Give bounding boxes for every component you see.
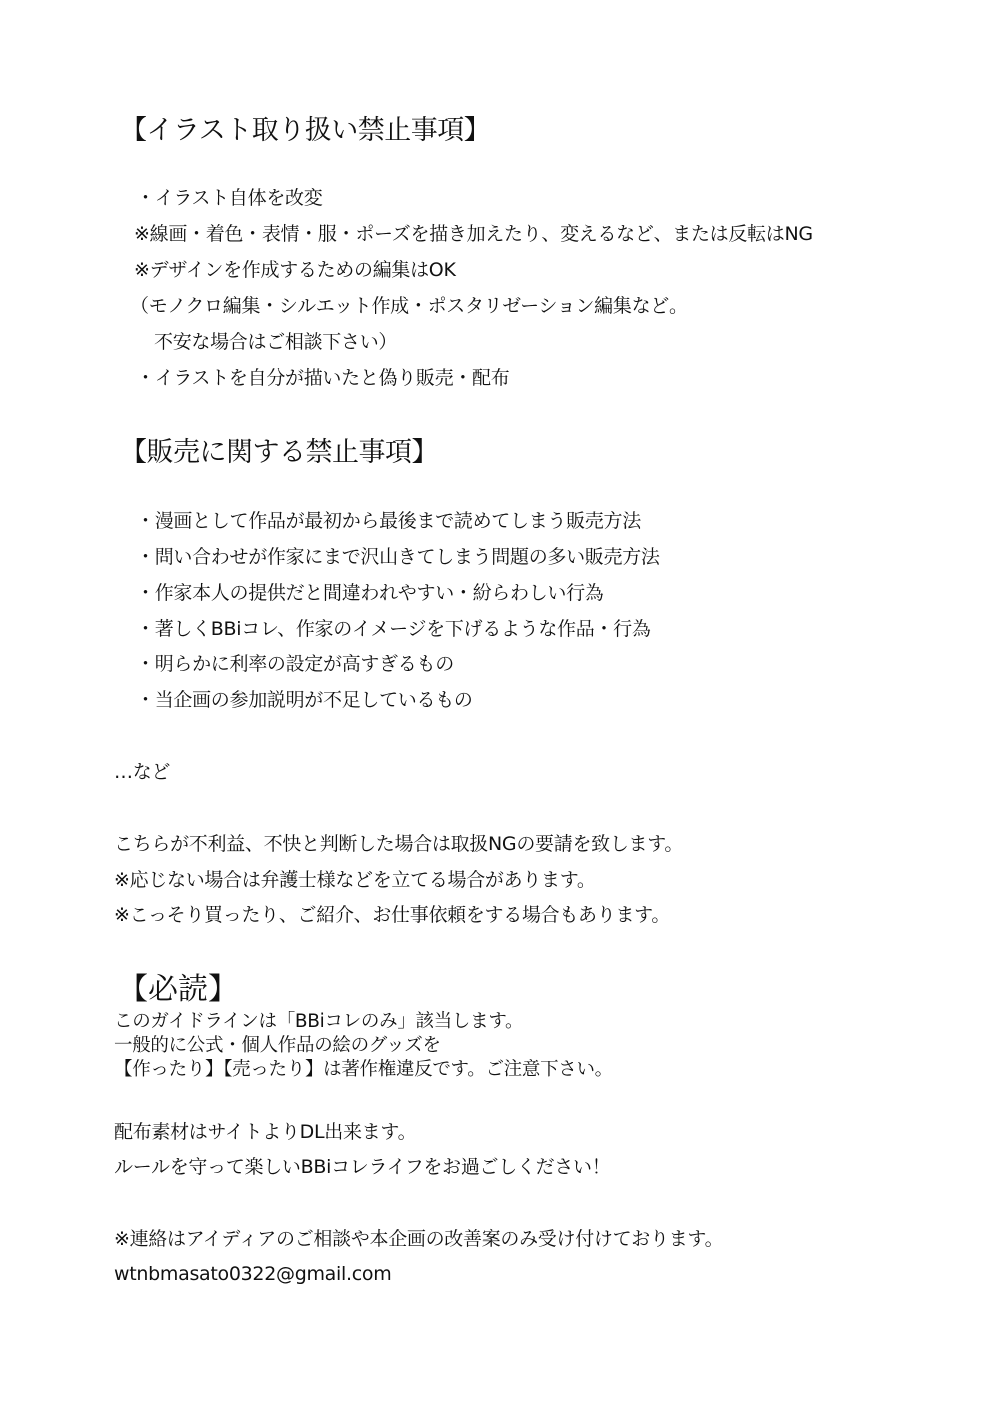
list-item: ・漫画として作品が最初から最後まで読めてしまう販売方法 xyxy=(136,509,641,533)
contact-email: wtnbmasato0322@gmail.com xyxy=(114,1262,391,1286)
notice-line: ※こっそり買ったり、ご紹介、お仕事依頼をする場合もあります。 xyxy=(114,903,670,927)
list-item: ・問い合わせが作家にまで沢山きてしまう問題の多い販売方法 xyxy=(136,545,660,569)
notice-line: こちらが不利益、不快と判断した場合は取扱NGの要請を致します。 xyxy=(114,832,683,856)
contact-note: ※連絡はアイディアのご相談や本企画の改善案のみ受け付けております。 xyxy=(114,1227,723,1251)
notice-line: ※応じない場合は弁護士様などを立てる場合があります。 xyxy=(114,868,596,892)
rule-line: ・イラスト自体を改変 xyxy=(136,186,322,210)
closing-line: ルールを守って楽しいBBiコレライフをお過ごしください！ xyxy=(114,1155,610,1179)
rule-line: ・イラストを自分が描いたと偽り販売・配布 xyxy=(136,366,509,390)
section-heading-illustration-prohibitions: 【イラスト取り扱い禁止事項】 xyxy=(120,114,490,148)
closing-line: 配布素材はサイトよりDL出来ます。 xyxy=(114,1120,416,1144)
rule-line: ※線画・着色・表情・服・ポーズを描き加えたり、変えるなど、または反転はNG xyxy=(134,222,813,246)
section-heading-sales-prohibitions: 【販売に関する禁止事項】 xyxy=(120,436,438,470)
list-item: ・当企画の参加説明が不足しているもの xyxy=(136,688,473,712)
required-line: 一般的に公式・個人作品の絵のグッズを xyxy=(114,1035,441,1057)
rule-line: 不安な場合はご相談下さい） xyxy=(154,330,397,354)
etc-text: …など xyxy=(114,760,170,784)
rule-line: ※デザインを作成するための編集はOK xyxy=(134,258,456,282)
list-item: ・著しくBBiコレ、作家のイメージを下げるような作品・行為 xyxy=(136,617,651,641)
rule-line: （モノクロ編集・シルエット作成・ポスタリゼーション編集など。 xyxy=(130,294,688,318)
required-line: このガイドラインは「BBiコレのみ」該当します。 xyxy=(114,1011,523,1033)
required-line: 【作ったり】【売ったり】は著作権違反です。ご注意下さい。 xyxy=(114,1059,613,1081)
list-item: ・作家本人の提供だと間違われやすい・紛らわしい行為 xyxy=(136,581,604,605)
section-heading-required-reading: 【必読】 xyxy=(118,972,238,1008)
list-item: ・明らかに利率の設定が高すぎるもの xyxy=(136,652,454,676)
